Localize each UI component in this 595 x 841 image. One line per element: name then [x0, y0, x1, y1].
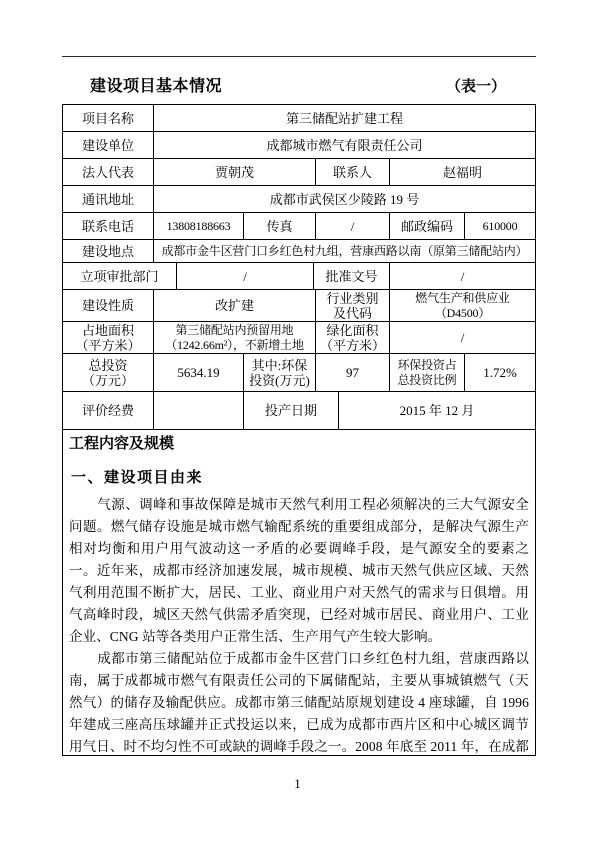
- table-row: 总投资 （万元） 5634.19 其中:环保 投资(万元) 97 环保投资占 总…: [63, 354, 535, 392]
- industry-category-label: 行业类别 及代码: [315, 290, 389, 321]
- evaluation-fee-value: [153, 392, 243, 429]
- table-row: 法人代表 贾朝茂 联系人 赵福明: [63, 159, 535, 186]
- green-area-label: 绿化面积 （平方米）: [315, 322, 389, 353]
- env-investment-label: 其中:环保 投资(万元): [243, 354, 315, 391]
- section-body: 气源、调峰和事故保障是城市天然气利用工程必须解决的三大气源安全问题。燃气储存设施…: [69, 494, 529, 755]
- section-title: 工程内容及规模: [69, 435, 529, 453]
- table-row: 建设单位 成都城市燃气有限责任公司: [63, 132, 535, 159]
- total-investment-label: 总投资 （万元）: [63, 354, 153, 391]
- legal-rep-value: 贾朝茂: [153, 159, 315, 185]
- phone-value: 13808188663: [153, 213, 243, 239]
- location-label: 建设地点: [63, 240, 153, 262]
- page-title: 建设项目基本情况: [90, 73, 222, 96]
- fax-label: 传真: [243, 213, 315, 239]
- address-label: 通讯地址: [63, 186, 153, 212]
- operation-date-value: 2015 年 12 月: [338, 392, 535, 429]
- total-investment-value: 5634.19: [153, 354, 243, 391]
- approval-doc-value: /: [389, 263, 535, 289]
- paragraph: 气源、调峰和事故保障是城市天然气利用工程必须解决的三大气源安全问题。燃气储存设施…: [69, 494, 529, 648]
- env-ratio-value: 1.72%: [464, 354, 535, 391]
- table-row: 项目名称 第三储配站扩建工程: [63, 105, 535, 132]
- land-area-label: 占地面积 （平方米）: [63, 322, 153, 353]
- contact-person-value: 赵福明: [389, 159, 535, 185]
- table-row: 联系电话 13808188663 传真 / 邮政编码 610000: [63, 213, 535, 240]
- operation-date-label: 投产日期: [243, 392, 338, 429]
- title-bar: 建设项目基本情况 （表一）: [62, 73, 536, 96]
- table-row: 通讯地址 成都市武侯区少陵路 19 号: [63, 186, 535, 213]
- address-value: 成都市武侯区少陵路 19 号: [153, 186, 535, 212]
- approval-dept-value: /: [176, 263, 313, 289]
- postcode-value: 610000: [464, 213, 535, 239]
- phone-label: 联系电话: [63, 213, 153, 239]
- section-heading: 一、建设项目由来: [71, 469, 529, 487]
- table-row: 评价经费 投产日期 2015 年 12 月: [63, 392, 535, 430]
- green-area-value: /: [389, 322, 535, 353]
- land-area-value: 第三储配站内预留用地 （1242.66m²），不新增土地: [153, 322, 315, 353]
- table-row: 占地面积 （平方米） 第三储配站内预留用地 （1242.66m²），不新增土地 …: [63, 322, 535, 354]
- postcode-label: 邮政编码: [389, 213, 464, 239]
- construction-nature-value: 改扩建: [153, 290, 315, 321]
- content-section: 工程内容及规模 一、建设项目由来 气源、调峰和事故保障是城市天然气利用工程必须解…: [63, 430, 535, 755]
- table-row: 建设地点 成都市金牛区营门口乡红色村九组，营康西路以南（原第三储配站内）: [63, 240, 535, 263]
- project-name-label: 项目名称: [63, 105, 153, 131]
- construction-nature-label: 建设性质: [63, 290, 153, 321]
- table-row: 建设性质 改扩建 行业类别 及代码 燃气生产和供应业（D4500）: [63, 290, 535, 322]
- project-name-value: 第三储配站扩建工程: [153, 105, 535, 131]
- basic-info-table: 项目名称 第三储配站扩建工程 建设单位 成都城市燃气有限责任公司 法人代表 贾朝…: [62, 104, 536, 756]
- location-value: 成都市金牛区营门口乡红色村九组，营康西路以南（原第三储配站内）: [153, 240, 535, 262]
- env-ratio-label: 环保投资占 总投资比例: [389, 354, 464, 391]
- header-rule: [62, 56, 536, 57]
- fax-value: /: [315, 213, 389, 239]
- approval-dept-label: 立项审批部门: [63, 263, 176, 289]
- contact-person-label: 联系人: [315, 159, 389, 185]
- document-page: 建设项目基本情况 （表一） 项目名称 第三储配站扩建工程 建设单位 成都城市燃气…: [0, 0, 595, 841]
- table-row: 立项审批部门 / 批准文号 /: [63, 263, 535, 290]
- paragraph: 成都市第三储配站位于成都市金牛区营门口乡红色村九组，营康西路以南，属于成都城市燃…: [69, 648, 529, 755]
- legal-rep-label: 法人代表: [63, 159, 153, 185]
- builder-value: 成都城市燃气有限责任公司: [153, 132, 535, 158]
- page-number: 1: [0, 776, 595, 792]
- table-number-tag: （表一）: [446, 75, 506, 96]
- approval-doc-label: 批准文号: [313, 263, 389, 289]
- evaluation-fee-label: 评价经费: [63, 392, 153, 429]
- builder-label: 建设单位: [63, 132, 153, 158]
- env-investment-value: 97: [315, 354, 389, 391]
- industry-category-value: 燃气生产和供应业（D4500）: [389, 290, 535, 321]
